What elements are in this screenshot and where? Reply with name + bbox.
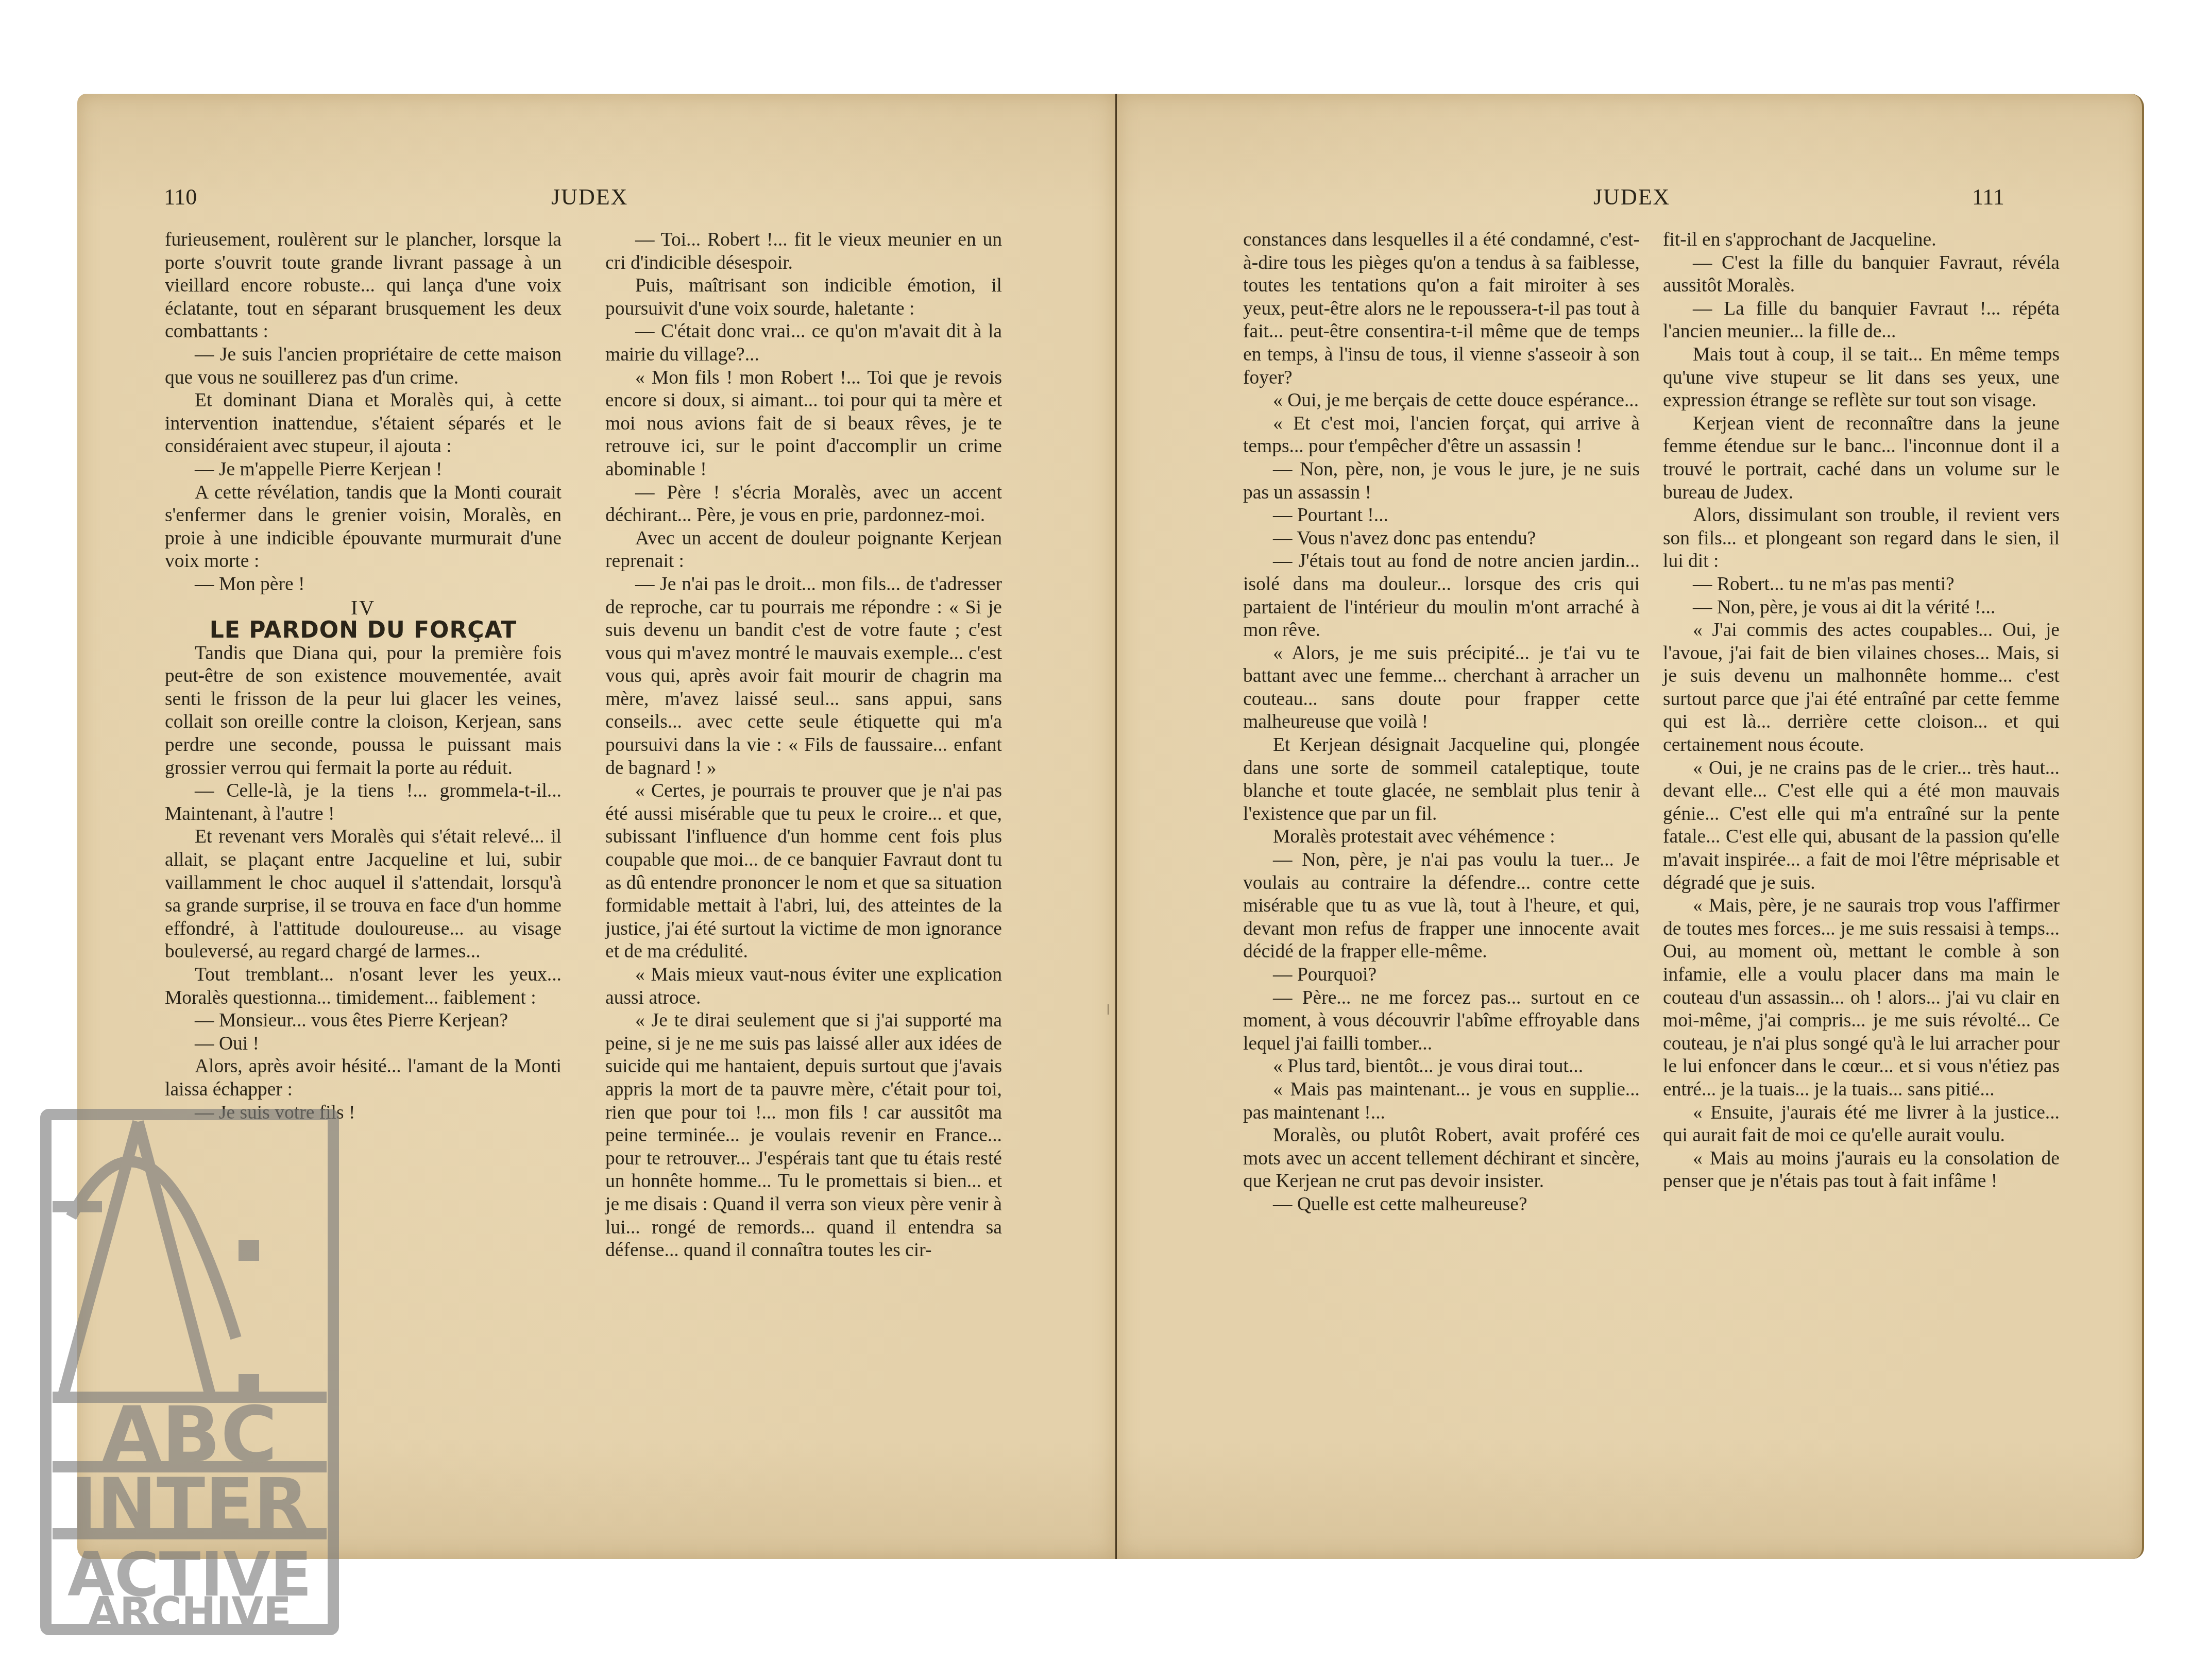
- paragraph: Et dominant Diana et Moralès qui, à cett…: [165, 389, 562, 458]
- right-page-column-1: constances dans lesquelles il a été cond…: [1243, 229, 1640, 1216]
- paragraph: Avec un accent de douleur poignante Kerj…: [605, 527, 1002, 573]
- paragraph: « Ensuite, j'aurais été me livrer à la j…: [1663, 1102, 2060, 1147]
- chapter-number: IV: [165, 596, 562, 620]
- abc-archive-logo-icon: ABC INTER ACTIVE ARCHIVE: [40, 1106, 339, 1637]
- paragraph: « Certes, je pourrais te prouver que je …: [605, 780, 1002, 964]
- chapter-title: LE PARDON DU FORÇAT: [165, 619, 562, 642]
- left-page-column-1: furieusement, roulèrent sur le plancher,…: [165, 229, 562, 1124]
- paragraph: Alors, dissimulant son trouble, il revie…: [1663, 504, 2060, 573]
- paragraph: — Père... ne me forcez pas... surtout en…: [1243, 987, 1640, 1056]
- paragraph: — Je n'ai pas le droit... mon fils... de…: [605, 573, 1002, 780]
- paragraph: — Mon père !: [165, 573, 562, 596]
- paragraph: — Pourtant !...: [1243, 504, 1640, 527]
- paragraph: — La fille du banquier Favraut !... répé…: [1663, 298, 2060, 344]
- paragraph: Tout tremblant... n'osant lever les yeux…: [165, 964, 562, 1009]
- paragraph: — Oui !: [165, 1033, 562, 1056]
- paragraph: — Quelle est cette malheureuse?: [1243, 1193, 1640, 1216]
- paragraph: « J'ai commis des actes coupables... Oui…: [1663, 619, 2060, 757]
- running-head-right: JUDEX: [1593, 184, 1670, 210]
- paragraph: « Mais pas maintenant... je vous en supp…: [1243, 1078, 1640, 1124]
- paragraph: « Oui, je ne crains pas de le crier... t…: [1663, 757, 2060, 895]
- running-head-left: JUDEX: [551, 184, 628, 210]
- paragraph: « Mais mieux vaut-nous éviter une explic…: [605, 964, 1002, 1009]
- paragraph: Moralès protestait avec véhémence :: [1243, 826, 1640, 849]
- paragraph: fit-il en s'approchant de Jacqueline.: [1663, 229, 2060, 252]
- paragraph: — C'était donc vrai... ce qu'on m'avait …: [605, 320, 1002, 366]
- paragraph: — Pourquoi?: [1243, 964, 1640, 987]
- paragraph: — Robert... tu ne m'as pas menti?: [1663, 573, 2060, 596]
- paragraph: — Vous n'avez donc pas entendu?: [1243, 527, 1640, 551]
- paragraph: A cette révélation, tandis que la Monti …: [165, 482, 562, 573]
- paragraph: — J'étais tout au fond de notre ancien j…: [1243, 550, 1640, 642]
- paragraph: Mais tout à coup, il se tait... En même …: [1663, 344, 2060, 413]
- gutter-crease: [1108, 1004, 1114, 1015]
- page-number-right: 111: [1972, 184, 2004, 210]
- paragraph: « Plus tard, bientôt... je vous dirai to…: [1243, 1055, 1640, 1078]
- page-number-left: 110: [164, 184, 197, 210]
- paragraph: furieusement, roulèrent sur le plancher,…: [165, 229, 562, 344]
- paragraph: Et revenant vers Moralès qui s'était rel…: [165, 826, 562, 964]
- paragraph: — Toi... Robert !... fit le vieux meunie…: [605, 229, 1002, 275]
- watermark-line-inter: INTER: [71, 1463, 309, 1546]
- paragraph: « Et c'est moi, l'ancien forçat, qui arr…: [1243, 413, 1640, 458]
- paragraph: Moralès, ou plutôt Robert, avait proféré…: [1243, 1124, 1640, 1193]
- paragraph: — Je m'appelle Pierre Kerjean !: [165, 458, 562, 482]
- paragraph: — Celle-là, je la tiens !... grommela-t-…: [165, 780, 562, 826]
- paragraph: — Monsieur... vous êtes Pierre Kerjean?: [165, 1009, 562, 1033]
- paragraph: Puis, maîtrisant son indicible émotion, …: [605, 275, 1002, 320]
- right-page: JUDEX 111 constances dans lesquelles il …: [1117, 94, 2144, 1559]
- paragraph: Kerjean vient de reconnaître dans la jeu…: [1663, 413, 2060, 504]
- paragraph: — Non, père, je vous ai dit la vérité !.…: [1663, 596, 2060, 620]
- paragraph: « Oui, je me berçais de cette douce espé…: [1243, 389, 1640, 413]
- right-page-column-2: fit-il en s'approchant de Jacqueline. — …: [1663, 229, 2060, 1193]
- paragraph: — C'est la fille du banquier Favraut, ré…: [1663, 252, 2060, 298]
- paragraph: « Mais au moins j'aurais eu la consolati…: [1663, 1147, 2060, 1193]
- paragraph: — Non, père, je n'ai pas voulu la tuer..…: [1243, 849, 1640, 964]
- paragraph: « Mon fils ! mon Robert !... Toi que je …: [605, 367, 1002, 482]
- paragraph: Et Kerjean désignait Jacqueline qui, plo…: [1243, 734, 1640, 826]
- paragraph: — Père ! s'écria Moralès, avec un accent…: [605, 482, 1002, 527]
- paragraph: — Je suis l'ancien propriétaire de cette…: [165, 344, 562, 389]
- paragraph: constances dans lesquelles il a été cond…: [1243, 229, 1640, 389]
- paragraph: « Alors, je me suis précipité... je t'ai…: [1243, 642, 1640, 734]
- watermark-line-archive: ARCHIVE: [88, 1588, 292, 1636]
- paragraph: Alors, après avoir hésité... l'amant de …: [165, 1055, 562, 1101]
- paragraph: « Mais, père, je ne saurais trop vous l'…: [1663, 895, 2060, 1101]
- paragraph: Tandis que Diana qui, pour la première f…: [165, 642, 562, 780]
- paragraph: « Je te dirai seulement que si j'ai supp…: [605, 1009, 1002, 1262]
- left-page-column-2: — Toi... Robert !... fit le vieux meunie…: [605, 229, 1002, 1262]
- paragraph: — Non, père, non, je vous le jure, je ne…: [1243, 458, 1640, 504]
